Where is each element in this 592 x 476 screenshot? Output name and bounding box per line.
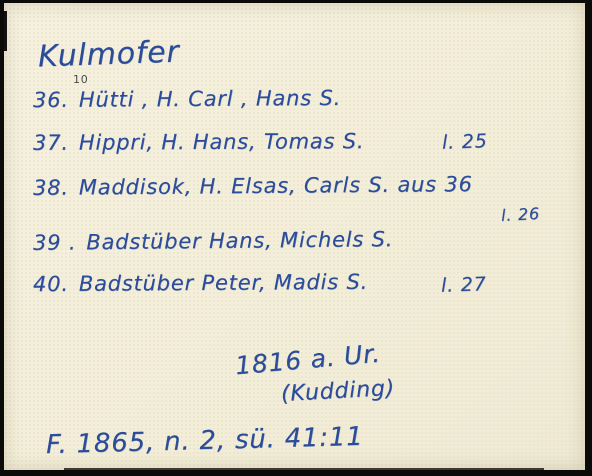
entry-number: 39 . <box>33 230 77 254</box>
margin-annotation-38: l. 26 <box>501 204 541 225</box>
entry-number: 36. <box>33 88 69 112</box>
entry-text: Hütti , H. Carl , Hans S. <box>79 86 341 112</box>
margin-annotation-40: l. 27 <box>441 273 487 297</box>
entry-row-40: 40.Badstüber Peter, Madis S. <box>33 270 368 296</box>
entry-number: 37. <box>33 131 69 155</box>
index-card: Kulmofer 10 36.Hütti , H. Carl , Hans S.… <box>4 3 585 470</box>
entry-text: Hippri, H. Hans, Tomas S. <box>79 129 365 154</box>
center-note-place: (Kudding) <box>280 376 395 407</box>
center-note-year: 1816 a. Ur. <box>234 339 382 381</box>
entry-number: 40. <box>33 272 69 296</box>
entry-text: Badstüber Hans, Michels S. <box>86 227 393 254</box>
archival-reference: F. 1865, n. 2, sü. 41:11 <box>46 422 364 460</box>
pencil-superscript-note: 10 <box>73 73 89 86</box>
entry-text: Badstüber Peter, Madis S. <box>79 270 368 296</box>
card-title: Kulmofer <box>37 35 180 75</box>
scan-edge-smudge <box>4 11 7 51</box>
margin-annotation-37: l. 25 <box>442 130 488 154</box>
entry-number: 38. <box>33 176 69 200</box>
entry-row-38: 38.Maddisok, H. Elsas, Carls S. aus 36 <box>33 172 473 200</box>
scan-edge-smudge <box>64 468 544 470</box>
entry-row-37: 37.Hippri, H. Hans, Tomas S. <box>33 129 364 155</box>
scan-border-frame: Kulmofer 10 36.Hütti , H. Carl , Hans S.… <box>0 0 592 476</box>
entry-row-36: 36.Hütti , H. Carl , Hans S. <box>33 86 341 112</box>
entry-row-39: 39 .Badstüber Hans, Michels S. <box>33 227 393 255</box>
entry-text: Maddisok, H. Elsas, Carls S. aus 36 <box>79 172 473 199</box>
